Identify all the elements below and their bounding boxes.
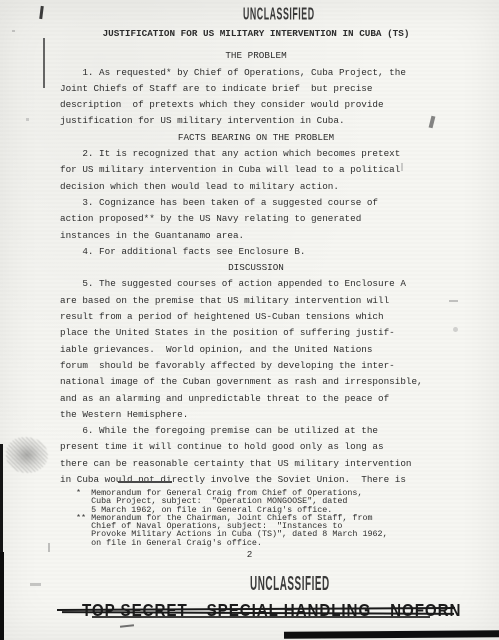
text-line: 1. As requested* by Chief of Operations,…	[60, 65, 452, 81]
text-line: iable grievances. World opinion, and the…	[60, 342, 452, 358]
paragraph-4: 4. For additional facts see Enclosure B.	[60, 244, 452, 260]
unclassified-stamp-top: UNCLASSIFIED	[243, 5, 315, 25]
margin-mark	[48, 543, 50, 552]
text-line: the Western Hemisphere.	[60, 407, 452, 423]
text-line: 3. Cognizance has been taken of a sugges…	[60, 195, 452, 211]
text-line: Joint Chiefs of Staff are to indicate br…	[60, 81, 452, 97]
text-line: instances in the Guantanamo area.	[60, 228, 452, 244]
margin-mark	[43, 38, 45, 88]
paragraph-1: 1. As requested* by Chief of Operations,…	[60, 65, 452, 130]
scan-speck	[26, 118, 29, 121]
text-line: description of pretexts which they consi…	[60, 97, 452, 113]
text-line: national image of the Cuban government a…	[60, 374, 452, 390]
paragraph-5: 5. The suggested courses of action appen…	[60, 276, 452, 423]
text-line: there can be reasonable certainty that U…	[60, 456, 452, 472]
ink-smudge	[6, 437, 48, 473]
scanned-document-page: UNCLASSIFIED JUSTIFICATION FOR US MILITA…	[0, 0, 499, 640]
text-line: 2. It is recognized that any action whic…	[60, 146, 452, 162]
scan-speck	[12, 30, 15, 32]
unclassified-stamp-bottom: UNCLASSIFIED	[250, 572, 330, 596]
document-body: JUSTIFICATION FOR US MILITARY INTERVENTI…	[60, 26, 452, 488]
text-line: justification for US military interventi…	[60, 113, 452, 129]
margin-mark	[453, 327, 458, 332]
scan-speck	[401, 163, 403, 171]
text-line: action proposed** by the US Navy relatin…	[60, 211, 452, 227]
scan-edge-artifact	[0, 444, 3, 554]
paragraph-3: 3. Cognizance has been taken of a sugges…	[60, 195, 452, 244]
text-line: place the United States in the position …	[60, 325, 452, 341]
margin-mark	[120, 624, 134, 627]
page-number: 2	[0, 549, 499, 560]
heading-discussion: DISCUSSION	[60, 260, 452, 276]
text-line: present time it will continue to hold go…	[60, 439, 452, 455]
footnotes: * Memorandum for General Craig from Chie…	[76, 489, 388, 547]
banner-noforn: NOFORN	[390, 601, 461, 620]
text-line: 4. For additional facts see Enclosure B.	[60, 244, 452, 260]
document-title: JUSTIFICATION FOR US MILITARY INTERVENTI…	[60, 26, 452, 42]
text-line: and as an alarming and unpredictable thr…	[60, 391, 452, 407]
text-line: for US military intervention in Cuba wil…	[60, 162, 452, 178]
footnote-rule	[118, 481, 172, 483]
text-line: decision which then would lead to milita…	[60, 179, 452, 195]
text-line: 5. The suggested courses of action appen…	[60, 276, 452, 292]
footnote-line: on file in General Craig's office.	[76, 539, 388, 547]
text-line: are based on the premise that US militar…	[60, 293, 452, 309]
text-line: forum should be favorably affected by de…	[60, 358, 452, 374]
heading-facts: FACTS BEARING ON THE PROBLEM	[60, 130, 452, 146]
margin-mark	[449, 300, 458, 302]
heading-the-problem: THE PROBLEM	[60, 48, 452, 64]
strikethrough-line	[92, 616, 430, 618]
scan-edge-artifact	[284, 630, 499, 639]
text-line: result from a period of heightened US-Cu…	[60, 309, 452, 325]
text-line: 6. While the foregoing premise can be ut…	[60, 423, 452, 439]
margin-mark	[30, 583, 41, 586]
margin-mark	[39, 6, 44, 19]
paragraph-6: 6. While the foregoing premise can be ut…	[60, 423, 452, 488]
paragraph-2: 2. It is recognized that any action whic…	[60, 146, 452, 195]
banner-special-handling: SPECIAL HANDLING	[207, 601, 372, 620]
scan-edge-artifact	[0, 552, 4, 640]
